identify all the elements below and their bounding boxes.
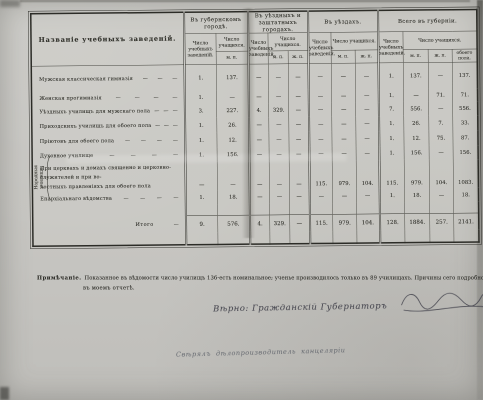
value-cell [380, 231, 405, 243]
col-header-institutions: Число учебныхъ заведеній. [184, 34, 216, 65]
note-lead: Примѣчаніе. [37, 275, 82, 281]
col-group-provincial-city: Въ губернскомъ городѣ. [184, 12, 248, 34]
leader-dash: — [125, 138, 130, 144]
value-cell: — [309, 131, 332, 146]
value-cell: 1. [378, 63, 403, 89]
signature-autograph-flourish [397, 288, 483, 318]
page-corner-shadow [0, 0, 20, 7]
value-cell: 18. [404, 188, 429, 202]
value-cell: 1083. [453, 159, 478, 188]
value-cell: — [309, 116, 332, 131]
value-cell: 7. [429, 115, 453, 130]
value-cell: — [269, 190, 289, 204]
total-label-cell: Итого— [33, 216, 186, 234]
leader-dash: — [173, 108, 178, 114]
leader-dash: — [116, 95, 121, 101]
value-cell: 26. [404, 116, 429, 131]
table-name-header: Названіе учебныхъ заведеній. [31, 12, 184, 66]
value-cell: 71. [452, 88, 477, 101]
leader-dash: — [163, 108, 168, 114]
verification-text: Вѣрно: Гражданскій Губернаторъ [213, 301, 387, 314]
value-cell: 75. [429, 130, 453, 145]
col-subheader-female: ж. п. [288, 51, 308, 64]
row-label: Мужская классическая гимназія [39, 76, 133, 82]
leader-dash: — [164, 123, 169, 129]
row-label-cell: Приходскихъ училищъ для обоего пола——— [32, 118, 185, 134]
col-header-students: Число учащихся. [268, 33, 308, 51]
leader-dash: — [143, 76, 148, 82]
leader-dash: — [173, 138, 178, 144]
table-row: При церквахъ и домахъ священно и церковн… [32, 159, 478, 192]
value-cell: 33. [453, 115, 478, 130]
value-cell: — [289, 161, 309, 190]
value-cell: 979. [404, 160, 429, 189]
value-cell: — [356, 131, 379, 146]
leader-dash: — [172, 75, 177, 81]
row-label-cell: Мужская классическая гимназія——— [31, 65, 184, 92]
value-cell: 329. [269, 103, 289, 117]
value-cell [310, 203, 333, 214]
value-cell: 257. [430, 213, 454, 230]
value-cell: — [403, 89, 428, 102]
value-cell: — [269, 117, 289, 132]
value-cell [290, 231, 310, 243]
value-cell [310, 231, 333, 243]
value-cell: 556. [404, 102, 429, 116]
value-cell: 115. [310, 214, 333, 231]
leader-dash: — [140, 195, 145, 201]
col-subheader-female: ж. п. [355, 50, 378, 63]
value-cell: 556. [453, 101, 478, 115]
value-cell [333, 231, 357, 243]
value-cell: — [332, 116, 356, 131]
value-cell: — [332, 189, 356, 203]
page-corner-shadow [0, 387, 9, 400]
governor-signature-line: Вѣрно: Гражданскій Губернаторъ [213, 288, 483, 321]
value-cell [270, 204, 290, 215]
value-cell: — [185, 162, 217, 191]
value-cell: — [356, 102, 379, 116]
value-cell: 115. [379, 160, 404, 189]
value-cell: — [289, 117, 309, 132]
leader-dash: — [158, 75, 163, 81]
value-cell: — [308, 63, 331, 89]
value-cell: — [309, 189, 332, 203]
note-text: Показанное въ вѣдомости число училищъ 13… [85, 275, 483, 281]
value-cell: 1. [379, 116, 404, 131]
value-cell: 104. [429, 159, 453, 188]
value-cell: — [331, 89, 355, 102]
value-cell: 115. [309, 160, 332, 189]
value-cell: 979. [332, 160, 356, 189]
value-cell [454, 202, 479, 213]
value-cell [333, 203, 357, 214]
leader-dash: — [155, 123, 160, 129]
value-cell [357, 203, 380, 214]
value-cell: 2141. [454, 213, 479, 230]
leader-dash: — [135, 95, 140, 101]
value-cell: — [290, 214, 310, 231]
value-cell: — [269, 90, 289, 103]
value-cell: — [269, 132, 289, 147]
col-group-district-towns: Въ уѣздныхъ и заштатныхъ городахъ. [248, 11, 308, 33]
value-cell [290, 203, 310, 214]
leader-dash: — [124, 195, 129, 201]
value-cell: — [332, 131, 356, 146]
leader-dash: — [154, 108, 159, 114]
value-cell: — [429, 101, 453, 115]
value-cell: — [289, 90, 309, 103]
value-cell: — [331, 63, 355, 89]
value-cell: 156. [404, 146, 429, 160]
row-label: Женская прогимназія [39, 95, 102, 101]
col-subheader-female: ж. п. [428, 49, 452, 62]
leader-dash: — [141, 138, 146, 144]
value-cell: 1. [379, 146, 404, 160]
value-cell: 1884. [405, 213, 430, 230]
value-cell [405, 230, 430, 242]
value-cell: — [309, 102, 332, 116]
leader-dash: — [173, 195, 178, 201]
col-group-province-total: Всего въ губерніи. [378, 9, 477, 32]
value-cell: — [429, 145, 453, 159]
value-cell: — [289, 132, 309, 147]
leader-dash: — [157, 138, 162, 144]
row-label: Приходскихъ училищъ для обоего пола [40, 123, 152, 130]
row-label-cell: При церквахъ и домахъ священно и церковн… [32, 162, 185, 192]
value-cell: 137. [403, 63, 428, 89]
value-cell: — [269, 161, 289, 190]
leader-dash: — [174, 221, 179, 227]
col-header-institutions: Число учебныхъ заведеній. [378, 32, 403, 63]
leader-dash: — [173, 95, 178, 101]
value-cell [270, 232, 290, 244]
value-cell: — [355, 63, 378, 89]
value-cell: — [428, 62, 452, 88]
value-cell: 12. [404, 131, 429, 146]
value-cell: 1. [185, 133, 217, 148]
value-cell [186, 204, 218, 215]
value-cell: — [332, 102, 356, 116]
col-subheader-both-sexes: обоего пола. [452, 49, 477, 62]
value-cell: 104. [357, 214, 380, 231]
value-cell: 18. [453, 188, 478, 202]
row-label-cell: Пріютовъ для обоего пола———— [32, 133, 185, 149]
col-subheader-male: м. п. [403, 50, 428, 63]
value-cell: — [356, 189, 379, 203]
value-cell: 979. [333, 214, 357, 231]
leader-dash: — [173, 123, 178, 129]
col-header-students: Число учащихся. [403, 31, 477, 50]
value-cell: 137. [452, 62, 477, 88]
value-cell: — [289, 189, 309, 203]
scanned-document-page: Названіе учебныхъ заведеній. Въ губернск… [0, 0, 483, 400]
value-cell: — [355, 89, 378, 102]
value-cell: — [288, 64, 308, 90]
value-cell: 1. [379, 189, 404, 203]
value-cell: — [356, 116, 379, 131]
value-cell: 128. [380, 214, 405, 231]
value-cell: 1. [185, 118, 217, 133]
col-header-students: Число учащихся. [331, 32, 378, 50]
total-label: Итого [135, 222, 153, 228]
value-cell [357, 231, 380, 243]
value-cell [405, 202, 430, 213]
row-label: При церквахъ и домахъ священно и церковн… [40, 165, 171, 190]
value-cell: 1. [378, 89, 403, 102]
value-cell: — [356, 146, 379, 160]
value-cell [186, 232, 218, 244]
value-cell: 329. [270, 215, 290, 232]
value-cell: — [429, 188, 453, 202]
row-label-cell: Епархіальнаго вѣдомства———— [32, 191, 185, 206]
row-label-cell: Уѣздныхъ училищъ для мужскаго пола——— [32, 104, 185, 119]
paper-fold-shadow [242, 8, 255, 238]
leader-dash: — [157, 195, 162, 201]
value-cell: 87. [453, 130, 478, 145]
value-cell: — [308, 89, 331, 102]
value-cell [430, 202, 454, 213]
col-group-districts: Въ уѣздахъ. [308, 10, 378, 32]
value-cell: — [268, 64, 288, 90]
row-label-cell [33, 233, 186, 246]
side-bracket-label: Народныя училища. [33, 156, 44, 199]
value-cell: 1. [379, 131, 404, 146]
value-cell: 1. [184, 65, 216, 91]
page-top-edge-shadow [20, 0, 470, 2]
value-cell: 7. [379, 102, 404, 116]
row-label: Уѣздныхъ училищъ для мужскаго пола [39, 108, 150, 115]
value-cell: 104. [356, 160, 379, 189]
leader-dash: — [154, 95, 159, 101]
row-label: Пріютовъ для обоего пола [40, 138, 114, 144]
value-cell [430, 230, 454, 242]
value-cell: — [289, 103, 309, 117]
value-cell: 71. [428, 88, 452, 101]
value-cell: 1. [185, 91, 217, 104]
value-cell: 1. [185, 190, 217, 204]
value-cell [454, 230, 479, 242]
value-cell: 3. [185, 104, 217, 118]
value-cell: 156. [453, 145, 478, 159]
col-header-institutions: Число учебныхъ заведеній. [308, 32, 331, 63]
value-cell [380, 203, 405, 214]
value-cell: 9. [186, 215, 218, 232]
side-brace [45, 155, 51, 201]
